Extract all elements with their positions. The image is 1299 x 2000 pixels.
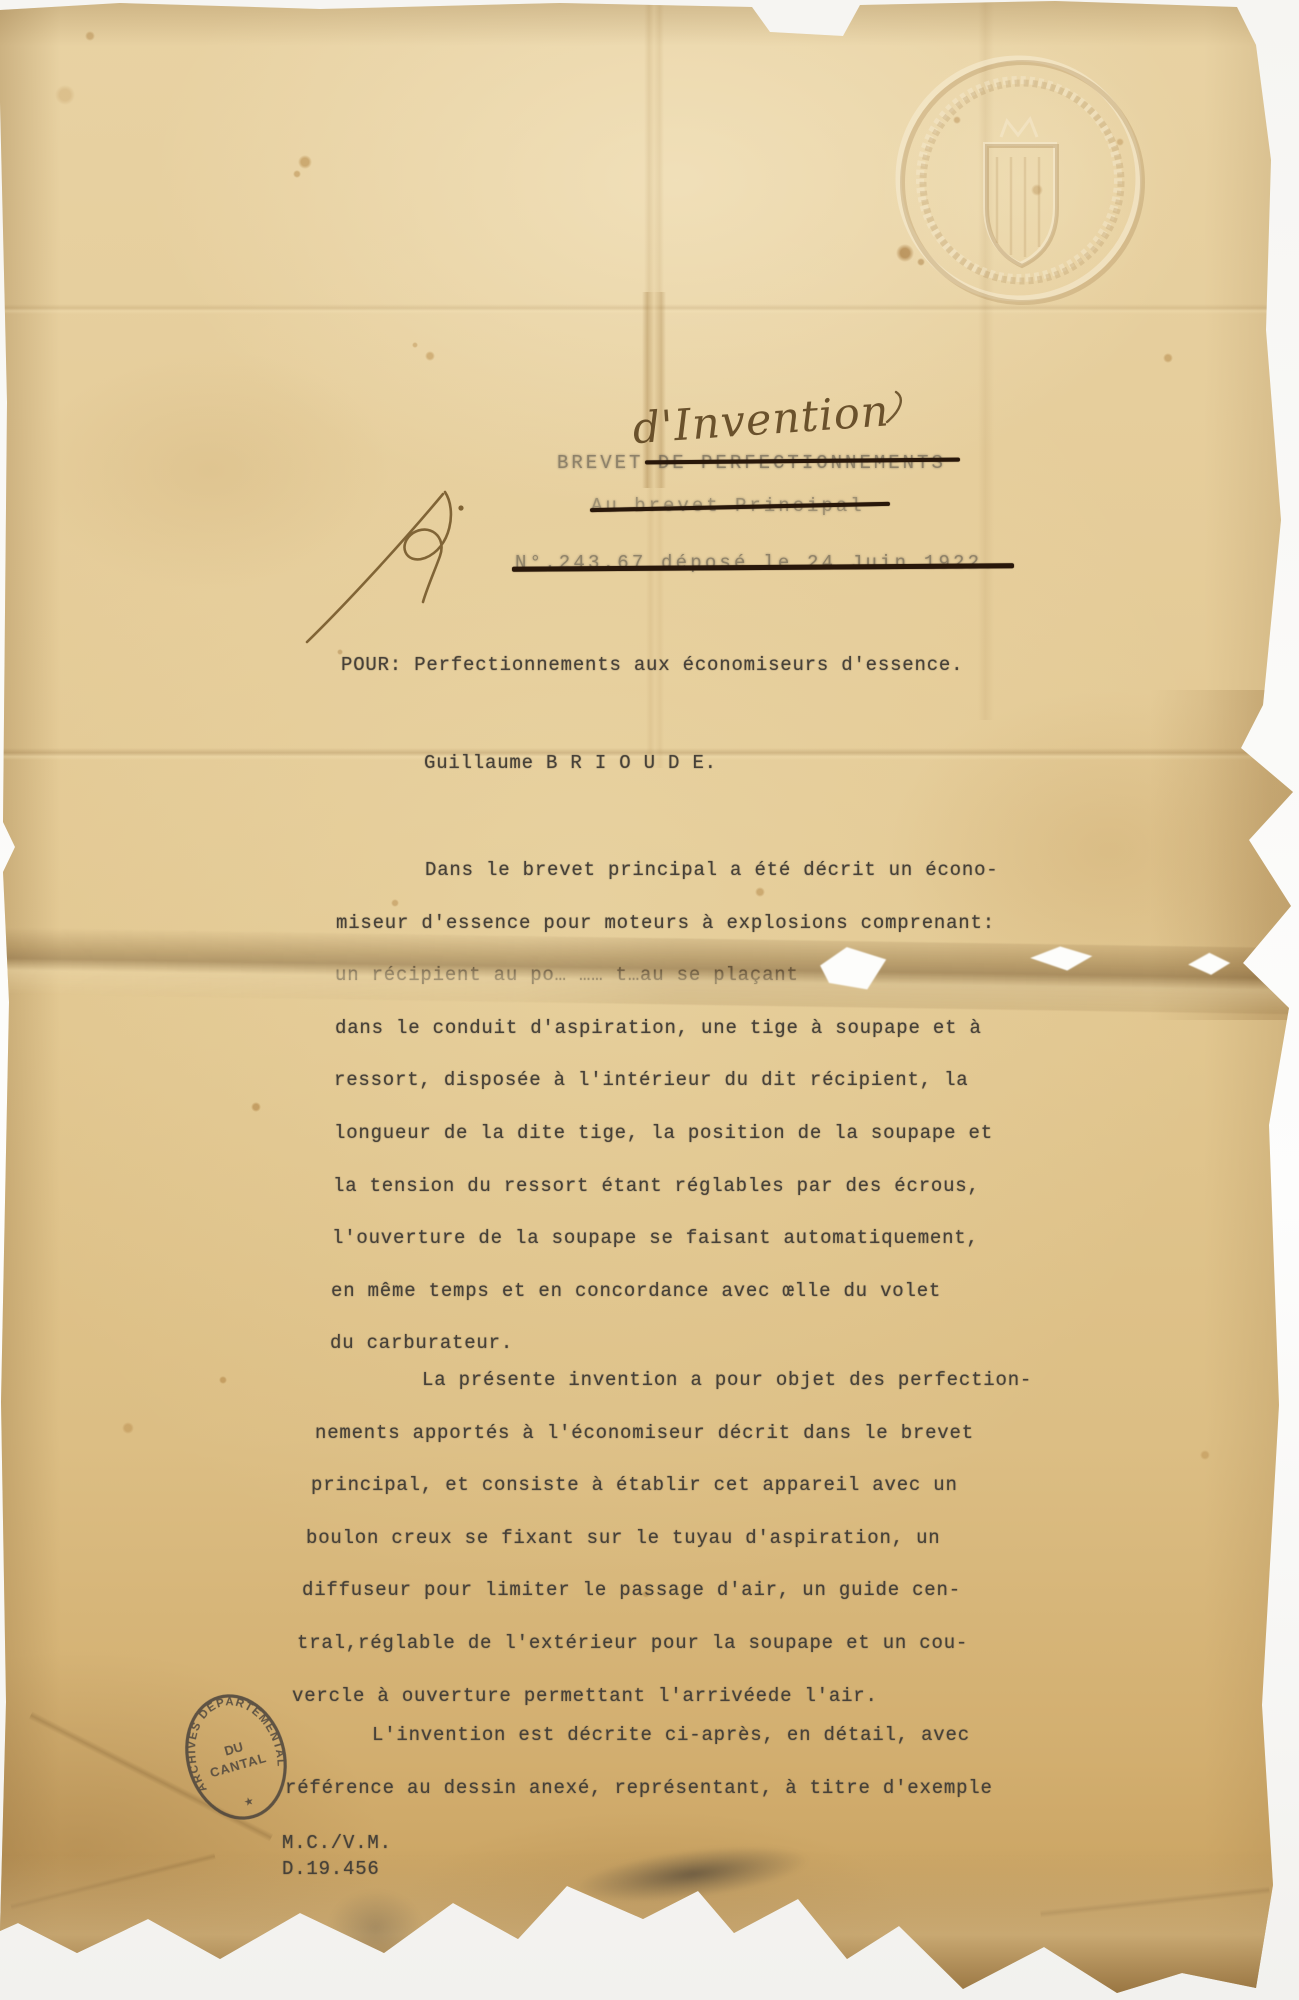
- torn-bottom-edge: [0, 1855, 1299, 2000]
- svg-text:ARCHIVES DÉPARTEMENTALES: ARCHIVES DÉPARTEMENTALES: [156, 1667, 290, 1799]
- body-paragraph-1: Dans le brevet principal a été décrit un…: [336, 858, 999, 1384]
- torn-right-edge: [1150, 690, 1299, 1020]
- typed-line: tral,réglable de l'extérieur pour la sou…: [297, 1631, 1032, 1684]
- typed-line: en même temps et en concordance avec œll…: [331, 1279, 999, 1332]
- handwritten-paraph: [285, 470, 505, 660]
- svg-text:★: ★: [243, 1795, 256, 1809]
- typed-line: l'ouverture de la soupape se faisant aut…: [332, 1226, 999, 1279]
- typed-line: longueur de la dite tige, la position de…: [334, 1121, 999, 1174]
- typed-line: diffuseur pour limiter le passage d'air,…: [302, 1578, 1032, 1631]
- fingerprint-smudge: [328, 1890, 423, 1965]
- embossed-seal: [885, 45, 1157, 317]
- document-scan: d'Invention BREVET DE PERFECTIONNEMENTS …: [0, 0, 1299, 2000]
- tear-hole: [1030, 946, 1092, 971]
- typed-line: La présente invention a pour objet des p…: [319, 1368, 1032, 1421]
- body-paragraph-3: L'invention est décrite ci-après, en dét…: [289, 1723, 993, 1828]
- subject-line: POUR: Perfectionnements aux économiseurs…: [341, 653, 963, 677]
- typed-line: référence au dessin anexé, représentant,…: [285, 1776, 993, 1829]
- inventor-line: Guillaume B R I O U D E.: [424, 751, 717, 775]
- ink-smudge: [573, 1836, 812, 1912]
- file-number: D.19.456: [282, 1857, 380, 1881]
- body-paragraph-2: La présente invention a pour objet des p…: [319, 1368, 1032, 1736]
- wrinkle-crease: [1040, 1886, 1270, 1918]
- typed-line: boulon creux se fixant sur le tuyau d'as…: [306, 1526, 1032, 1579]
- typed-line: ressort, disposée à l'intérieur du dit r…: [334, 1068, 999, 1121]
- paper-sheet: d'Invention BREVET DE PERFECTIONNEMENTS …: [0, 0, 1299, 2000]
- typed-line: principal, et consiste à établir cet app…: [311, 1473, 1032, 1526]
- typed-line: dans le conduit d'aspiration, une tige à…: [335, 1016, 999, 1069]
- wrinkle-crease: [10, 1853, 215, 1911]
- reference-initials: M.C./V.M.: [282, 1831, 392, 1855]
- tear-hole: [1188, 952, 1230, 975]
- typed-line: un récipient au po… …… t…au se plaçant: [335, 963, 999, 1016]
- typed-line: miseur d'essence pour moteurs à explosio…: [336, 911, 999, 964]
- svg-text:d'Invention: d'Invention: [631, 386, 891, 454]
- vertical-crease: [644, 0, 664, 292]
- typed-line: nements apportés à l'économiseur décrit …: [315, 1421, 1032, 1474]
- vertical-crease: [646, 488, 664, 768]
- typed-line: Dans le brevet principal a été décrit un…: [336, 858, 999, 911]
- typed-line: la tension du ressort étant réglables pa…: [333, 1174, 999, 1227]
- archive-stamp: ARCHIVES DÉPARTEMENTALES DU CANTAL ★: [163, 1673, 310, 1840]
- typed-line: L'invention est décrite ci-après, en dét…: [289, 1723, 993, 1776]
